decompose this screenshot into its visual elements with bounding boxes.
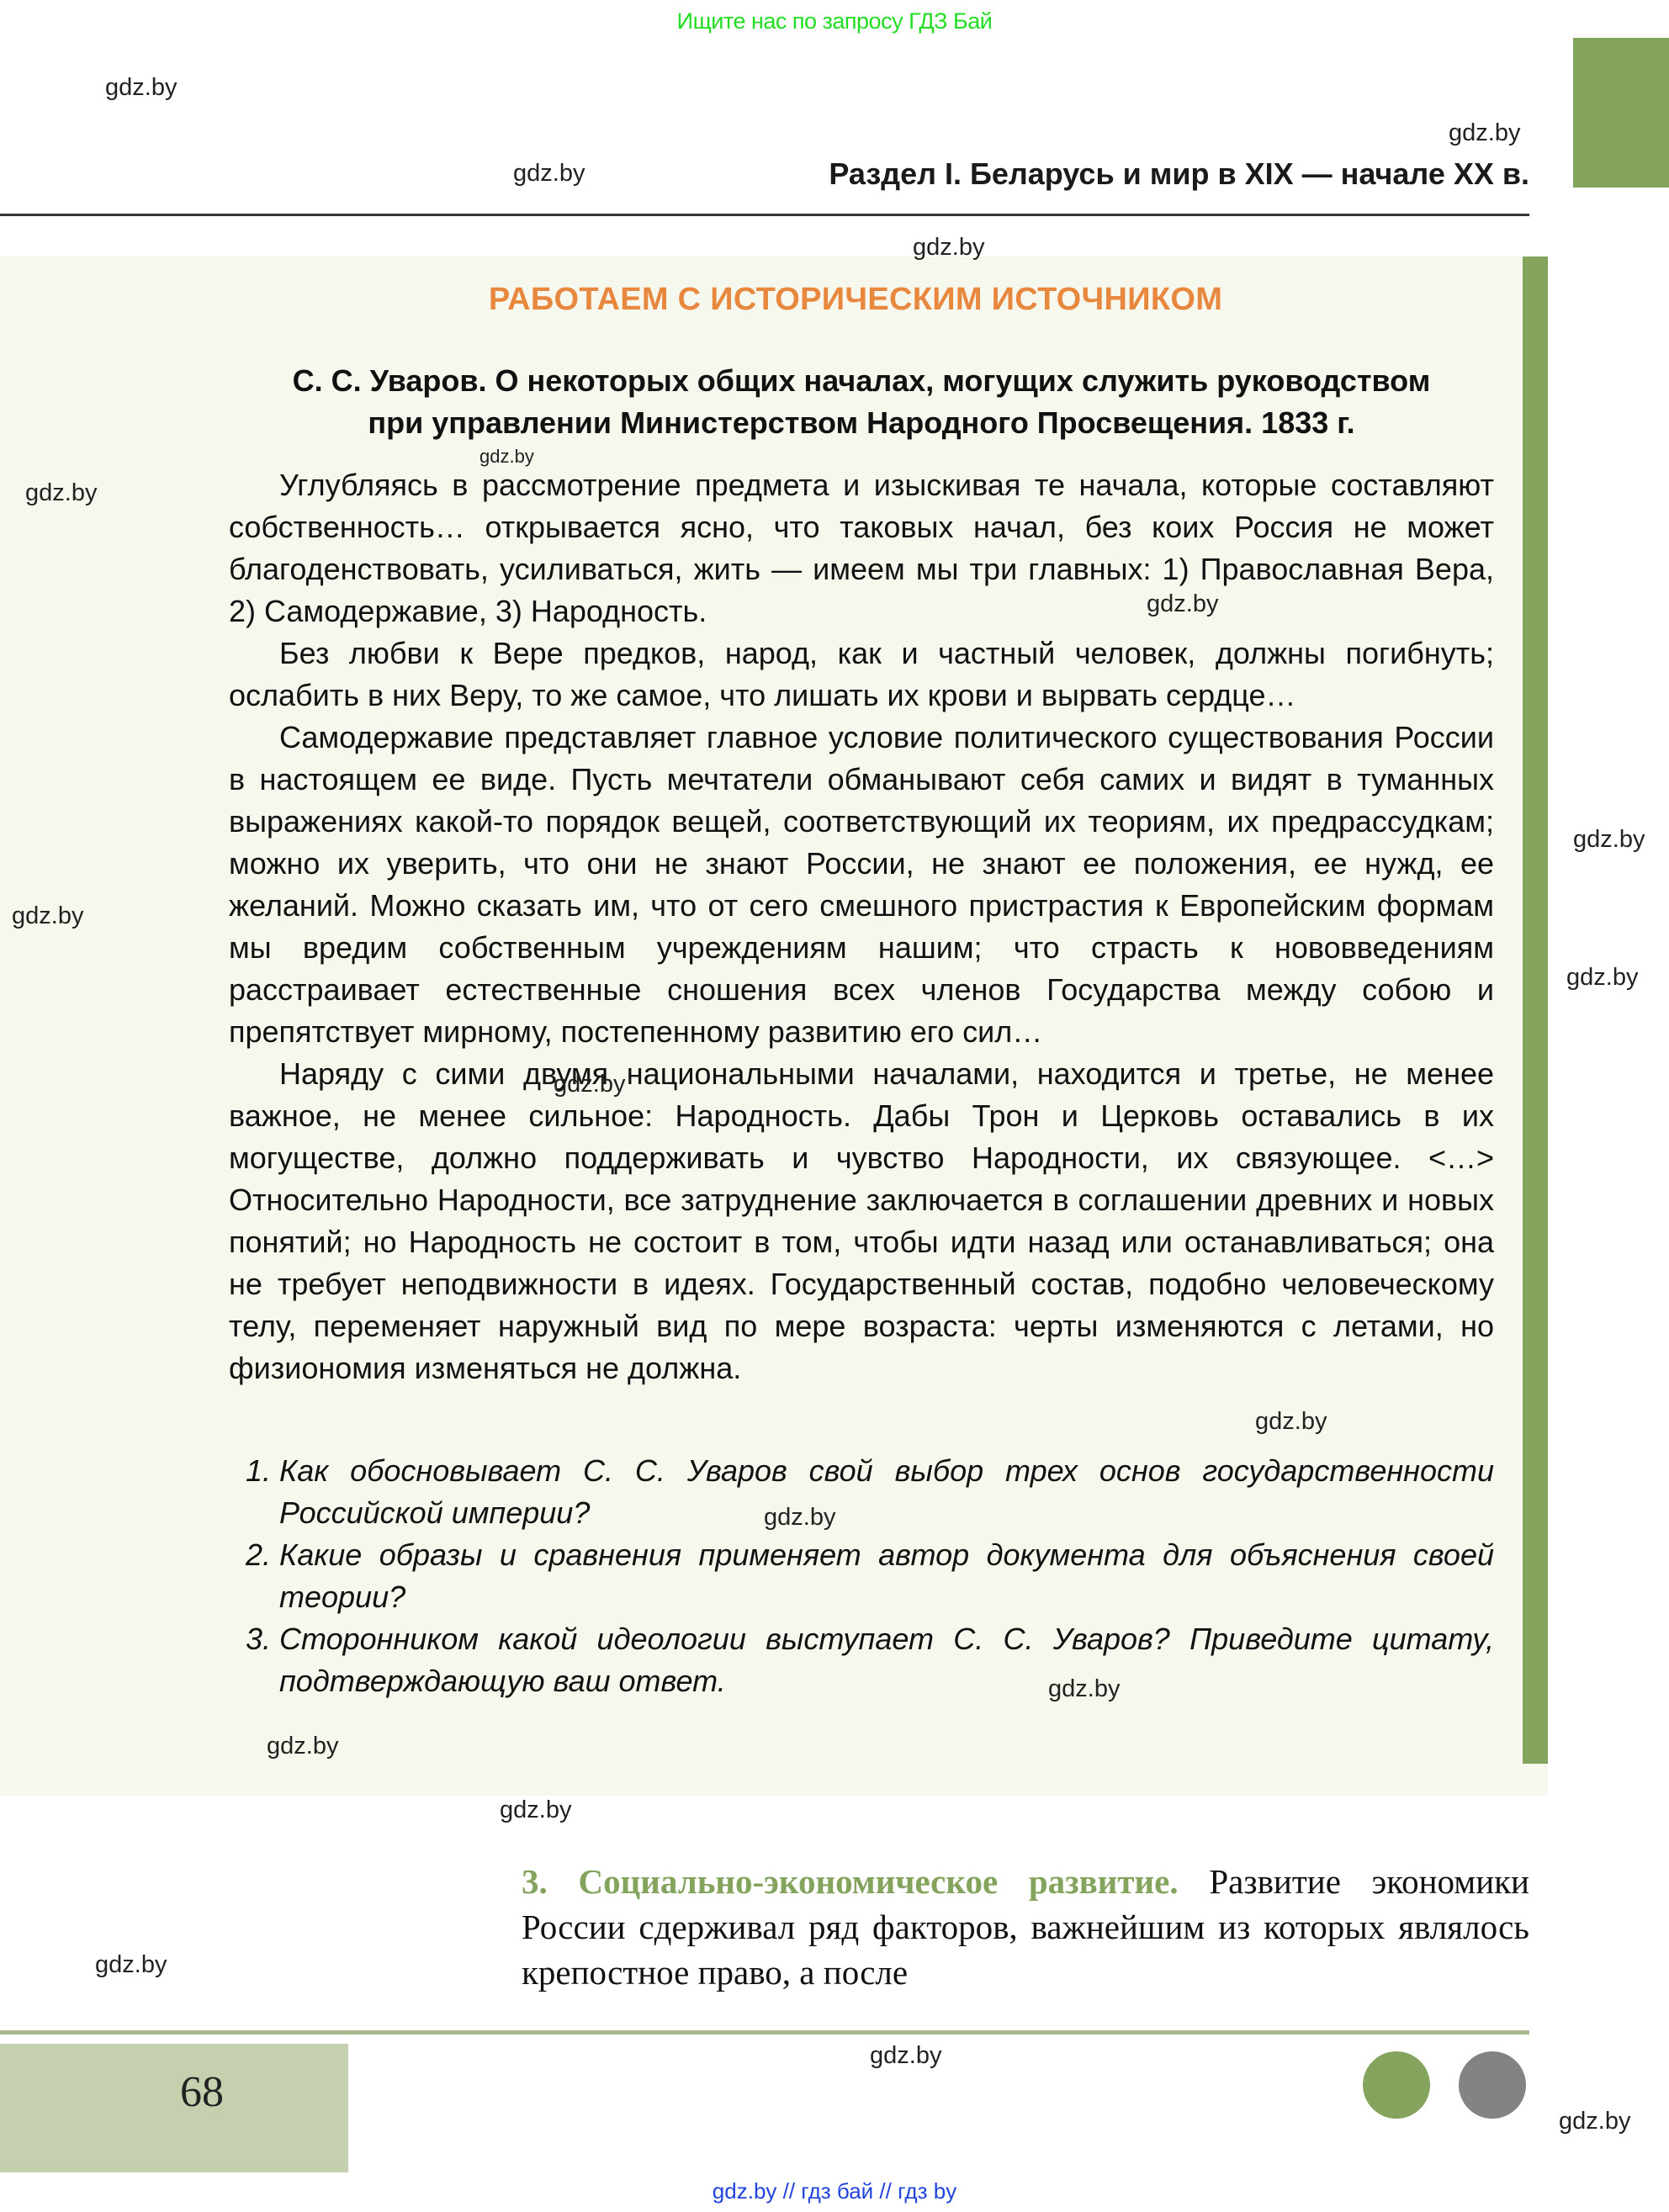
watermark: gdz.by (105, 74, 177, 102)
watermark: gdz.by (1048, 1675, 1120, 1703)
watermark: gdz.by (1147, 590, 1218, 618)
watermark: gdz.by (554, 1071, 625, 1098)
document-title-line: при управлении Министерством Народного П… (229, 402, 1494, 444)
source-box-accent-bar (1523, 257, 1548, 1764)
footer-divider (0, 2030, 1529, 2035)
document-title-line: С. С. Уваров. О некоторых общих началах,… (229, 360, 1494, 402)
excerpt-paragraph: Самодержавие представляет главное услови… (229, 717, 1494, 1053)
watermark: gdz.by (1566, 964, 1638, 992)
watermark: gdz.by (95, 1951, 167, 1979)
next-section-heading: 3. Социально-экономическое развитие. (522, 1862, 1179, 1901)
watermark: gdz.by (870, 2042, 941, 2070)
source-excerpt: Углубляясь в рассмотрение предмета и изы… (229, 464, 1494, 1389)
watermark: gdz.by (1573, 826, 1645, 854)
search-banner: Ищите нас по запросу ГДЗ Бай (0, 8, 1669, 34)
watermark: gdz.by (1449, 119, 1520, 147)
excerpt-paragraph: Наряду с сими двумя национальными начала… (229, 1053, 1494, 1389)
watermark: gdz.by (913, 234, 984, 262)
watermark: gdz.by (1255, 1408, 1327, 1436)
questions-list: 1.Как обосновывает С. С. Уваров свой выб… (229, 1450, 1494, 1702)
gray-circle-icon (1459, 2051, 1526, 2119)
watermark: gdz.by (25, 479, 97, 507)
next-section-paragraph: 3. Социально-экономическое развитие. Раз… (522, 1859, 1529, 1995)
watermark: gdz.by (764, 1504, 835, 1532)
watermark: gdz.by (513, 160, 585, 188)
chapter-color-tab (1573, 38, 1669, 188)
watermark: gdz.by (500, 1797, 571, 1824)
source-heading: РАБОТАЕМ С ИСТОРИЧЕСКИМ ИСТОЧНИКОМ (0, 282, 1669, 318)
bottom-links[interactable]: gdz.by // гдз бай // гдз by (0, 2178, 1669, 2204)
green-circle-icon (1363, 2051, 1430, 2119)
watermark: gdz.by (12, 902, 83, 930)
watermark: gdz.by (480, 446, 534, 468)
watermark: gdz.by (267, 1733, 338, 1760)
question-item: 3.Сторонником какой идеологии выступает … (229, 1618, 1494, 1702)
watermark: gdz.by (1559, 2108, 1630, 2135)
question-item: 2.Какие образы и сравнения применяет авт… (229, 1534, 1494, 1618)
excerpt-paragraph: Углубляясь в рассмотрение предмета и изы… (229, 464, 1494, 632)
section-title: Раздел I. Беларусь и мир в XIX — начале … (829, 156, 1529, 192)
header-divider (0, 214, 1529, 216)
page-number: 68 (0, 2067, 404, 2117)
document-title: С. С. Уваров. О некоторых общих началах,… (229, 360, 1494, 444)
question-item: 1.Как обосновывает С. С. Уваров свой выб… (229, 1450, 1494, 1534)
excerpt-paragraph: Без любви к Вере предков, народ, как и ч… (229, 632, 1494, 717)
